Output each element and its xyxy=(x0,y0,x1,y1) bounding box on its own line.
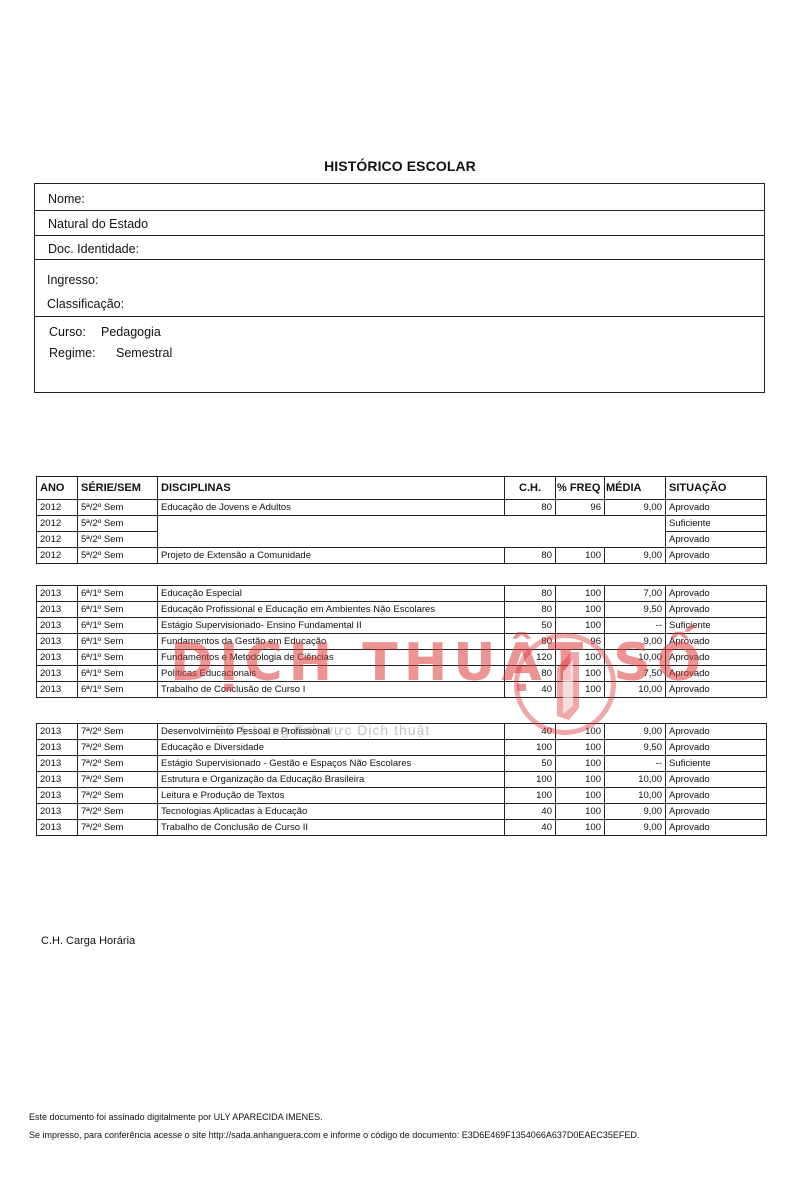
serie-cell: 7ª/2º Sem xyxy=(78,820,158,836)
serie-cell: 7ª/2º Sem xyxy=(78,804,158,820)
ano-cell: 2013 xyxy=(37,666,78,682)
divider xyxy=(35,235,764,236)
serie-cell: 5ª/2º Sem xyxy=(78,500,158,516)
natural-label: Natural do Estado xyxy=(48,217,148,231)
ano-cell: 2013 xyxy=(37,586,78,602)
table-row: 20137ª/2º SemTecnologias Aplicadas à Edu… xyxy=(37,804,767,820)
disciplina-cell: Trabalho de Conclusão de Curso II xyxy=(158,820,505,836)
divider xyxy=(35,259,764,260)
disciplina-cell: Tecnologias Aplicadas à Educação xyxy=(158,804,505,820)
media-cell xyxy=(605,516,666,532)
ano-cell: 2013 xyxy=(37,772,78,788)
situacao-cell: Aprovado xyxy=(666,666,767,682)
ch-cell: 40 xyxy=(505,820,556,836)
document-title: HISTÓRICO ESCOLAR xyxy=(0,158,800,174)
footer-verification: Se impresso, para conferência acesse o s… xyxy=(29,1130,639,1140)
disciplina-cell: Estrutura e Organização da Educação Bras… xyxy=(158,772,505,788)
disciplina-cell: Educação e Diversidade xyxy=(158,740,505,756)
ano-cell: 2013 xyxy=(37,618,78,634)
serie-cell: 7ª/2º Sem xyxy=(78,740,158,756)
ano-cell: 2013 xyxy=(37,756,78,772)
media-cell: 9,00 xyxy=(605,500,666,516)
disciplina-cell: Leitura e Produção de Textos xyxy=(158,788,505,804)
freq-cell: 100 xyxy=(556,788,605,804)
serie-cell: 6ª/1º Sem xyxy=(78,634,158,650)
freq-cell: 100 xyxy=(556,586,605,602)
header-freq: % FREQ xyxy=(556,477,605,500)
media-cell: 9,00 xyxy=(605,804,666,820)
freq-cell: 100 xyxy=(556,548,605,564)
ch-cell: 80 xyxy=(505,500,556,516)
situacao-cell: Aprovado xyxy=(666,772,767,788)
ch-cell: 120 xyxy=(505,650,556,666)
media-cell: 9,00 xyxy=(605,548,666,564)
grades-table-semester-7: 20137ª/2º SemDesenvolvimento Pessoal e P… xyxy=(36,723,767,836)
header-ch: C.H. xyxy=(505,477,556,500)
serie-cell: 6ª/1º Sem xyxy=(78,666,158,682)
disciplina-cell: Educação de Jovens e Adultos xyxy=(158,500,505,516)
freq-cell xyxy=(556,532,605,548)
serie-cell: 5ª/2º Sem xyxy=(78,548,158,564)
media-cell: 7,00 xyxy=(605,586,666,602)
media-cell: -- xyxy=(605,618,666,634)
header-ano: ANO xyxy=(37,477,78,500)
disciplina-cell xyxy=(158,516,505,532)
serie-cell: 6ª/1º Sem xyxy=(78,650,158,666)
situacao-cell: Aprovado xyxy=(666,500,767,516)
freq-cell: 100 xyxy=(556,682,605,698)
disciplina-cell: Projeto de Extensão a Comunidade xyxy=(158,548,505,564)
ano-cell: 2012 xyxy=(37,500,78,516)
ch-cell: 40 xyxy=(505,682,556,698)
media-cell xyxy=(605,532,666,548)
ano-cell: 2013 xyxy=(37,804,78,820)
freq-cell: 100 xyxy=(556,666,605,682)
ano-cell: 2013 xyxy=(37,634,78,650)
ano-cell: 2012 xyxy=(37,532,78,548)
ch-cell: 50 xyxy=(505,618,556,634)
situacao-cell: Aprovado xyxy=(666,820,767,836)
freq-cell: 100 xyxy=(556,772,605,788)
situacao-cell: Aprovado xyxy=(666,586,767,602)
table-row: 20136ª/1º SemEducação Especial801007,00A… xyxy=(37,586,767,602)
grades-table-semester-5: ANO SÉRIE/SEM DISCIPLINAS C.H. % FREQ MÉ… xyxy=(36,476,767,564)
nome-label: Nome: xyxy=(48,192,85,206)
curso-value: Pedagogia xyxy=(101,325,161,339)
media-cell: -- xyxy=(605,756,666,772)
ch-cell: 40 xyxy=(505,724,556,740)
serie-cell: 5ª/2º Sem xyxy=(78,516,158,532)
regime-value: Semestral xyxy=(116,346,172,360)
ano-cell: 2012 xyxy=(37,548,78,564)
table-row: 20137ª/2º SemDesenvolvimento Pessoal e P… xyxy=(37,724,767,740)
disciplina-cell: Educação Especial xyxy=(158,586,505,602)
ch-cell: 100 xyxy=(505,740,556,756)
divider xyxy=(35,210,764,211)
situacao-cell: Aprovado xyxy=(666,724,767,740)
situacao-cell: Aprovado xyxy=(666,788,767,804)
serie-cell: 7ª/2º Sem xyxy=(78,772,158,788)
media-cell: 9,00 xyxy=(605,820,666,836)
disciplina-cell: Educação Profissional e Educação em Ambi… xyxy=(158,602,505,618)
table-row: 20136ª/1º SemPolíticas Educacionais80100… xyxy=(37,666,767,682)
ch-cell xyxy=(505,532,556,548)
media-cell: 9,50 xyxy=(605,602,666,618)
ch-cell: 50 xyxy=(505,756,556,772)
freq-cell: 100 xyxy=(556,724,605,740)
situacao-cell: Suficiente xyxy=(666,516,767,532)
serie-cell: 5ª/2º Sem xyxy=(78,532,158,548)
ch-cell: 80 xyxy=(505,602,556,618)
header-media: MÉDIA xyxy=(605,477,666,500)
serie-cell: 7ª/2º Sem xyxy=(78,724,158,740)
freq-cell: 100 xyxy=(556,618,605,634)
serie-cell: 6ª/1º Sem xyxy=(78,618,158,634)
doc-label: Doc. Identidade: xyxy=(48,242,139,256)
ano-cell: 2013 xyxy=(37,724,78,740)
disciplina-cell: Políticas Educacionais xyxy=(158,666,505,682)
table-row: 20136ª/1º SemEducação Profissional e Edu… xyxy=(37,602,767,618)
grades-table-semester-6: 20136ª/1º SemEducação Especial801007,00A… xyxy=(36,585,767,698)
ch-cell: 80 xyxy=(505,634,556,650)
ano-cell: 2012 xyxy=(37,516,78,532)
situacao-cell: Aprovado xyxy=(666,548,767,564)
freq-cell xyxy=(556,516,605,532)
media-cell: 10,00 xyxy=(605,772,666,788)
ch-cell: 80 xyxy=(505,666,556,682)
serie-cell: 7ª/2º Sem xyxy=(78,756,158,772)
freq-cell: 100 xyxy=(556,650,605,666)
ano-cell: 2013 xyxy=(37,740,78,756)
media-cell: 7,50 xyxy=(605,666,666,682)
legend-note: C.H. Carga Horária xyxy=(41,935,135,947)
ingresso-label: Ingresso: xyxy=(47,273,98,287)
freq-cell: 100 xyxy=(556,740,605,756)
disciplina-cell xyxy=(158,532,505,548)
table-row: 20136ª/1º SemTrabalho de Conclusão de Cu… xyxy=(37,682,767,698)
serie-cell: 6ª/1º Sem xyxy=(78,602,158,618)
ch-cell: 100 xyxy=(505,772,556,788)
situacao-cell: Aprovado xyxy=(666,740,767,756)
situacao-cell: Aprovado xyxy=(666,602,767,618)
classificacao-label: Classificação: xyxy=(47,297,124,311)
student-info-box: Nome: Natural do Estado Doc. Identidade:… xyxy=(34,183,765,393)
disciplina-cell: Desenvolvimento Pessoal e Profissional xyxy=(158,724,505,740)
disciplina-cell: Fundamentos da Gestão em Educação xyxy=(158,634,505,650)
media-cell: 10,00 xyxy=(605,682,666,698)
freq-cell: 96 xyxy=(556,500,605,516)
disciplina-cell: Estágio Supervisionado - Gestão e Espaço… xyxy=(158,756,505,772)
ch-cell xyxy=(505,516,556,532)
media-cell: 9,00 xyxy=(605,724,666,740)
table-row: 20137ª/2º SemTrabalho de Conclusão de Cu… xyxy=(37,820,767,836)
freq-cell: 100 xyxy=(556,602,605,618)
serie-cell: 6ª/1º Sem xyxy=(78,682,158,698)
freq-cell: 100 xyxy=(556,756,605,772)
table-row: 20136ª/1º SemFundamentos e Metodologia d… xyxy=(37,650,767,666)
freq-cell: 100 xyxy=(556,804,605,820)
situacao-cell: Suficiente xyxy=(666,618,767,634)
table-row: 20125ª/2º SemProjeto de Extensão a Comun… xyxy=(37,548,767,564)
situacao-cell: Aprovado xyxy=(666,804,767,820)
media-cell: 10,00 xyxy=(605,650,666,666)
ano-cell: 2013 xyxy=(37,682,78,698)
table-row: 20137ª/2º SemEducação e Diversidade10010… xyxy=(37,740,767,756)
table-row: 20136ª/1º SemEstágio Supervisionado- Ens… xyxy=(37,618,767,634)
regime-label: Regime: xyxy=(49,346,96,360)
freq-cell: 100 xyxy=(556,820,605,836)
table-row: 20136ª/1º SemFundamentos da Gestão em Ed… xyxy=(37,634,767,650)
ano-cell: 2013 xyxy=(37,820,78,836)
disciplina-cell: Trabalho de Conclusão de Curso I xyxy=(158,682,505,698)
ano-cell: 2013 xyxy=(37,788,78,804)
divider xyxy=(35,316,764,317)
serie-cell: 6ª/1º Sem xyxy=(78,586,158,602)
ch-cell: 40 xyxy=(505,804,556,820)
table-header-row: ANO SÉRIE/SEM DISCIPLINAS C.H. % FREQ MÉ… xyxy=(37,477,767,500)
table-row: 20137ª/2º SemEstágio Supervisionado - Ge… xyxy=(37,756,767,772)
curso-label: Curso: xyxy=(49,325,86,339)
table-row: 20137ª/2º SemLeitura e Produção de Texto… xyxy=(37,788,767,804)
ano-cell: 2013 xyxy=(37,650,78,666)
media-cell: 10,00 xyxy=(605,788,666,804)
freq-cell: 96 xyxy=(556,634,605,650)
media-cell: 9,50 xyxy=(605,740,666,756)
header-disciplinas: DISCIPLINAS xyxy=(158,477,505,500)
table-row: 20125ª/2º SemAprovado xyxy=(37,532,767,548)
situacao-cell: Suficiente xyxy=(666,756,767,772)
ano-cell: 2013 xyxy=(37,602,78,618)
disciplina-cell: Estágio Supervisionado- Ensino Fundament… xyxy=(158,618,505,634)
situacao-cell: Aprovado xyxy=(666,682,767,698)
ch-cell: 100 xyxy=(505,788,556,804)
situacao-cell: Aprovado xyxy=(666,650,767,666)
ch-cell: 80 xyxy=(505,548,556,564)
disciplina-cell: Fundamentos e Metodologia de Ciências xyxy=(158,650,505,666)
header-situacao: SITUAÇÃO xyxy=(666,477,767,500)
table-row: 20125ª/2º SemSuficiente xyxy=(37,516,767,532)
footer-signature: Este documento foi assinado digitalmente… xyxy=(29,1112,323,1122)
header-serie: SÉRIE/SEM xyxy=(78,477,158,500)
ch-cell: 80 xyxy=(505,586,556,602)
media-cell: 9,00 xyxy=(605,634,666,650)
situacao-cell: Aprovado xyxy=(666,532,767,548)
table-row: 20137ª/2º SemEstrutura e Organização da … xyxy=(37,772,767,788)
table-row: 20125ª/2º SemEducação de Jovens e Adulto… xyxy=(37,500,767,516)
serie-cell: 7ª/2º Sem xyxy=(78,788,158,804)
situacao-cell: Aprovado xyxy=(666,634,767,650)
